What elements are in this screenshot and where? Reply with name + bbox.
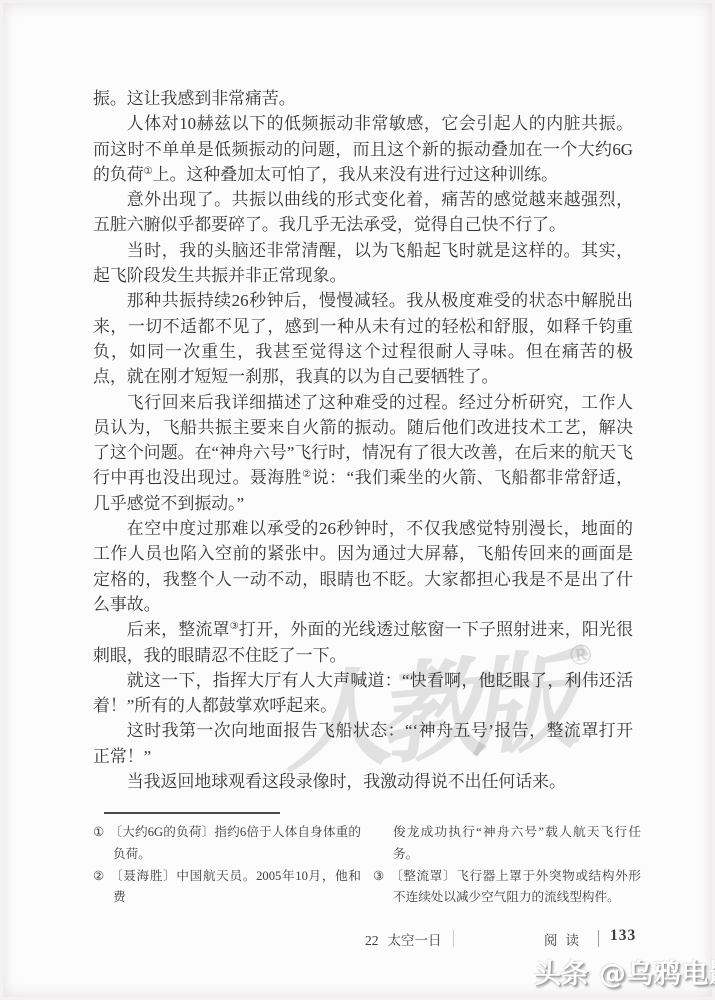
toutiao-watermark: 头条 @乌鸦电影 bbox=[534, 952, 715, 991]
lesson-number: 22 bbox=[365, 933, 379, 948]
book-page: 人教版® 振。这让我感到非常痛苦。人体对10赫兹以下的低频振动非常敏感，它会引起… bbox=[3, 3, 712, 997]
paragraph: 就这一下，指挥大厅有人大声喊道：“快看啊，他眨眼了，利伟还活着！”所有的人都鼓掌… bbox=[93, 668, 633, 719]
paragraph: 后来，整流罩③打开，外面的光线透过舷窗一下子照射进来，阳光很刺眼，我的眼睛忍不住… bbox=[93, 617, 633, 668]
footnote-item: ①〔大约6G的负荷〕指约6倍于人体自身体重的负荷。 bbox=[93, 822, 361, 866]
footnote-ref: ② bbox=[302, 469, 312, 480]
footnote-section: ①〔大约6G的负荷〕指约6倍于人体自身体重的负荷。②〔聂海胜〕中国航天员。200… bbox=[93, 822, 641, 909]
page-number: 133 bbox=[610, 927, 636, 945]
paragraph: 那种共振持续26秒钟后，慢慢减轻。我从极度难受的状态中解脱出来，一切不适都不见了… bbox=[93, 288, 633, 389]
paragraph: 人体对10赫兹以下的低频振动非常敏感，它会引起人的内脏共振。而这时不单单是低频振… bbox=[93, 111, 633, 187]
paragraph: 当时，我的头脑还非常清醒，以为飞船起飞时就是这样的。其实，起飞阶段发生共振并非正… bbox=[93, 238, 633, 289]
footer-divider bbox=[453, 930, 454, 947]
footnote-ref: ① bbox=[144, 166, 153, 177]
footnote-item: ②〔聂海胜〕中国航天员。2005年10月，他和费 bbox=[93, 866, 361, 910]
footnotes-left-column: ①〔大约6G的负荷〕指约6倍于人体自身体重的负荷。②〔聂海胜〕中国航天员。200… bbox=[93, 822, 361, 909]
footnote-marker: ③ bbox=[373, 869, 385, 883]
footnote-divider bbox=[104, 812, 280, 814]
paragraph: 振。这让我感到非常痛苦。 bbox=[93, 86, 633, 111]
footnote-item: ③〔整流罩〕飞行器上罩于外突物或结构外形不连续处以减少空气阻力的流线型构件。 bbox=[373, 866, 641, 910]
footnote-ref: ③ bbox=[230, 621, 239, 632]
paragraph: 这时我第一次向地面报告飞船状态：“‘神舟五号’报告，整流罩打开正常！” bbox=[93, 718, 633, 769]
paragraph: 当我返回地球观看这段录像时，我激动得说不出任何话来。 bbox=[93, 769, 633, 794]
footer-divider bbox=[598, 930, 599, 947]
lesson-title: 太空一日 bbox=[388, 933, 442, 948]
lesson-heading: 22太空一日 bbox=[365, 929, 442, 949]
paragraph: 在空中度过那难以承受的26秒钟时，不仅我感觉特别漫长，地面的工作人员也陷入空前的… bbox=[93, 516, 633, 617]
page-footer: 22太空一日 阅读 133 bbox=[3, 929, 712, 951]
footnote-marker: ① bbox=[93, 825, 104, 839]
footnote-marker: ② bbox=[93, 869, 105, 883]
paragraph: 飞行回来后我详细描述了这种难受的过程。经过分析研究，工作人员认为，飞船共振主要来… bbox=[93, 390, 633, 516]
section-label: 阅读 bbox=[544, 929, 587, 949]
footnote-item: 俊龙成功执行“神舟六号”载人航天飞行任务。 bbox=[373, 822, 641, 866]
footnotes-right-column: 俊龙成功执行“神舟六号”载人航天飞行任务。③〔整流罩〕飞行器上罩于外突物或结构外… bbox=[373, 822, 641, 909]
article-body: 振。这让我感到非常痛苦。人体对10赫兹以下的低频振动非常敏感，它会引起人的内脏共… bbox=[93, 86, 633, 794]
paragraph: 意外出现了。共振以曲线的形式变化着，痛苦的感觉越来越强烈，五脏六腑似乎都要碎了。… bbox=[93, 187, 633, 238]
